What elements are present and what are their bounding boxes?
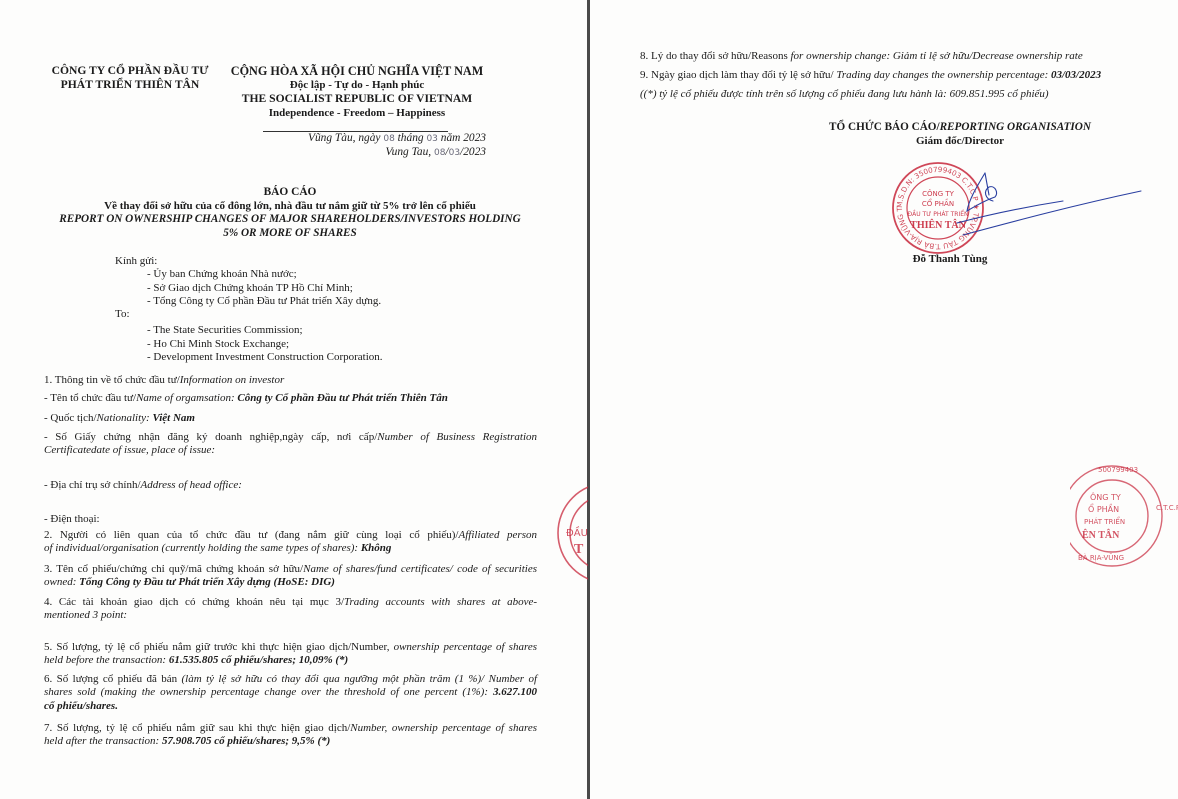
label-en: held after the transaction:	[44, 735, 162, 747]
signer-title: Giám đốc/Director	[790, 135, 1130, 149]
svg-text:CỔ PHẦN: CỔ PHẦN	[922, 198, 954, 208]
report-title-en-2: 5% OR MORE OF SHARES	[30, 227, 550, 241]
republic-header: CỘNG HÒA XÃ HỘI CHỦ NGHĨA VIỆT NAM Độc l…	[222, 64, 492, 120]
svg-text:Ổ PHẦN: Ổ PHẦN	[1088, 502, 1119, 514]
date-year-label: năm 2023	[438, 132, 486, 144]
recipient-item: - Ủy ban Chứng khoán Nhà nước;	[115, 268, 383, 281]
report-subtitle-vn: Về thay đổi sở hữu của cổ đông lớn, nhà …	[30, 200, 550, 214]
label-en: for ownership change: Giảm tỉ lệ sở hữu/…	[791, 50, 1083, 62]
svg-text:ÊN TÂN: ÊN TÂN	[1082, 529, 1120, 541]
date-en: Vung Tau, 08/03/2023	[250, 146, 486, 158]
label-en: Certificatedate of issue, place of issue…	[44, 444, 537, 457]
recipient-item: - Development Investment Construction Co…	[115, 351, 383, 364]
label-en: held before the transaction:	[44, 654, 169, 666]
label-en: Affiliated person	[459, 529, 538, 541]
recipient-item: - Tổng Công ty Cổ phần Đầu tư Phát triển…	[115, 295, 383, 308]
svg-text:C.T.C.P: C.T.C.P	[1156, 504, 1178, 512]
report-title-en: REPORT ON OWNERSHIP CHANGES OF MAJOR SHA…	[30, 213, 550, 227]
svg-text:ĐẦU: ĐẦU	[566, 525, 588, 539]
section-4: 4. Các tài khoản giao dịch có chứng khoá…	[44, 596, 537, 623]
field-value: 57.908.705 cổ phiếu/shares; 9,5% (*)	[162, 735, 330, 747]
handwritten-month: 03	[426, 134, 437, 144]
svg-text:PHÁT TRIỂN: PHÁT TRIỂN	[1084, 516, 1125, 526]
field-nationality: - Quốc tịch/Nationality: Việt Nam	[44, 412, 537, 425]
label-vn: - Tên tổ chức đầu tư/	[44, 392, 136, 404]
svg-text:500799403: 500799403	[1098, 466, 1138, 474]
label-vn: 7. Số lượng, tỷ lệ cổ phiếu nắm giữ sau …	[44, 722, 350, 734]
handwritten-day: 08	[383, 134, 394, 144]
section-1: 1. Thông tin về tổ chức đầu tư/Informati…	[44, 374, 537, 387]
label-vn: 6. Số lượng cổ phiếu đã bán	[44, 673, 182, 685]
label-en: ownership percentage of shares	[394, 641, 537, 653]
date-prefix: Vũng Tàu, ngày	[308, 132, 383, 144]
field-value: 61.535.805 cổ phiếu/shares; 10,09% (*)	[169, 654, 348, 666]
motto-en: Independence - Freedom – Happiness	[222, 106, 492, 120]
label-vn: 3. Tên cổ phiếu/chứng chỉ quỹ/mã chứng k…	[44, 563, 303, 575]
label-en: Nationality:	[97, 412, 153, 424]
field-value: Tổng Công ty Đầu tư Phát triển Xây dựng …	[79, 576, 335, 588]
svg-text:BÀ RỊA-VŨNG: BÀ RỊA-VŨNG	[1078, 553, 1124, 562]
republic-name-vn: CỘNG HÒA XÃ HỘI CHỦ NGHĨA VIỆT NAM	[222, 64, 492, 78]
label-en: Name of shares/fund certificates/ code o…	[303, 563, 537, 575]
label-en: Trading accounts with shares at above-	[344, 596, 537, 608]
document-page-right	[590, 0, 1178, 799]
field-value: Không	[361, 542, 392, 554]
republic-name-en: THE SOCIALIST REPUBLIC OF VIETNAM	[222, 92, 492, 106]
label-vn: 5. Số lượng, tỷ lệ cổ phiếu nắm giữ trướ…	[44, 641, 394, 653]
org-label-vn: TỔ CHỨC BÁO CÁO/	[829, 121, 940, 133]
label-vn: - Quốc tịch/	[44, 412, 97, 424]
footnote: ((*) tỷ lệ cổ phiếu được tính trên số lư…	[640, 88, 1049, 102]
field-value: Việt Nam	[152, 412, 194, 424]
company-header-line: CÔNG TY CỔ PHẦN ĐẦU TƯ	[40, 64, 220, 78]
label-en: Address of head office:	[141, 479, 242, 491]
company-header-line: PHÁT TRIỂN THIÊN TÂN	[40, 78, 220, 92]
handwritten-month: 03	[449, 148, 460, 158]
label-en: (làm tỷ lệ sở hữu có thay đổi qua ngưỡng…	[182, 673, 537, 685]
field-org-name: - Tên tổ chức đầu tư/Name of orgamsation…	[44, 392, 537, 405]
recipients-vn: Kính gửi: - Ủy ban Chứng khoán Nhà nước;…	[115, 255, 383, 364]
label-vn: 9. Ngày giao dịch làm thay đổi tỷ lệ sở …	[640, 69, 836, 81]
section-7: 7. Số lượng, tỷ lệ cổ phiếu nắm giữ sau …	[44, 722, 537, 749]
section-9: 9. Ngày giao dịch làm thay đổi tỷ lệ sở …	[640, 69, 1101, 83]
label-en: Number, ownership percentage of shares	[350, 722, 537, 734]
section-3: 3. Tên cổ phiếu/chứng chỉ quỹ/mã chứng k…	[44, 563, 537, 590]
label-vn: 4. Các tài khoản giao dịch có chứng khoá…	[44, 596, 344, 608]
field-value: cổ phiếu/shares.	[44, 700, 537, 713]
label-en: Trading day changes the ownership percen…	[836, 69, 1051, 81]
label-en: of individual/organisation (currently ho…	[44, 542, 361, 554]
label-en: owned:	[44, 576, 79, 588]
label-en: Name of orgamsation:	[136, 392, 237, 404]
label-en: Number of Business Registration	[377, 431, 537, 443]
svg-text:CÔNG TY: CÔNG TY	[922, 189, 955, 198]
label-vn: 2. Người có liên quan của tổ chức đầu tư…	[44, 529, 459, 541]
label-vn: - Số Giấy chứng nhận đăng ký doanh nghiệ…	[44, 431, 377, 443]
label-en: Information on investor	[180, 374, 285, 386]
svg-text:T: T	[574, 542, 584, 557]
page-seal-partial: ĐẦU T	[548, 478, 588, 588]
page-seal-partial-right: 500799403 ÔNG TY Ổ PHẦN PHÁT TRIỂN ÊN TÂ…	[1070, 460, 1178, 570]
recipient-item: - Ho Chi Minh Stock Exchange;	[115, 338, 383, 351]
recipient-item: - Sở Giao dịch Chứng khoán TP Hồ Chí Min…	[115, 282, 383, 295]
label-en: mentioned 3 point:	[44, 609, 537, 622]
date-month-label: tháng	[395, 132, 427, 144]
report-title-vn: BÁO CÁO	[30, 186, 550, 200]
date-prefix: Vung Tau,	[386, 146, 434, 158]
field-business-registration: - Số Giấy chứng nhận đăng ký doanh nghiệ…	[44, 431, 537, 458]
date-vn: Vũng Tàu, ngày 08 tháng 03 năm 2023	[250, 132, 486, 144]
section-2: 2. Người có liên quan của tổ chức đầu tư…	[44, 529, 537, 556]
label-vn: 8. Lý do thay đổi sở hữu/Reasons	[640, 50, 791, 62]
date-suffix: /2023	[460, 146, 486, 158]
recipients-label: Kính gửi:	[115, 255, 383, 268]
director-signature	[955, 165, 1145, 240]
label-en: shares sold (making the ownership percen…	[44, 686, 493, 698]
section-6: 6. Số lượng cổ phiếu đã bán (làm tỷ lệ s…	[44, 673, 537, 713]
svg-text:ÔNG TY: ÔNG TY	[1090, 491, 1121, 502]
org-label-en: REPORTING ORGANISATION	[940, 121, 1091, 133]
section-8: 8. Lý do thay đổi sở hữu/Reasons for own…	[640, 50, 1083, 64]
handwritten-day: 08	[434, 148, 445, 158]
label-vn: - Điện thoại:	[44, 513, 100, 525]
motto-vn: Độc lập - Tự do - Hạnh phúc	[222, 78, 492, 92]
signer-name: Đỗ Thanh Tùng	[900, 253, 1000, 265]
field-value: Công ty Cổ phần Đầu tư Phát triển Thiên …	[237, 392, 447, 404]
signature-block: TỔ CHỨC BÁO CÁO/REPORTING ORGANISATION G…	[790, 121, 1130, 148]
field-address: - Địa chỉ trụ sở chính/Address of head o…	[44, 479, 537, 492]
recipient-item: - The State Securities Commission;	[115, 324, 383, 337]
report-title: BÁO CÁO Về thay đổi sở hữu của cổ đông l…	[30, 186, 550, 240]
field-value: 03/03/2023	[1051, 69, 1101, 81]
label-vn: - Địa chỉ trụ sở chính/	[44, 479, 141, 491]
field-value: 3.627.100	[493, 686, 537, 698]
label-vn: 1. Thông tin về tổ chức đầu tư/	[44, 374, 180, 386]
recipients-label: To:	[115, 308, 383, 321]
section-5: 5. Số lượng, tỷ lệ cổ phiếu nắm giữ trướ…	[44, 641, 537, 668]
company-header: CÔNG TY CỔ PHẦN ĐẦU TƯ PHÁT TRIỂN THIÊN …	[40, 64, 220, 92]
field-phone: - Điện thoại:	[44, 513, 537, 526]
